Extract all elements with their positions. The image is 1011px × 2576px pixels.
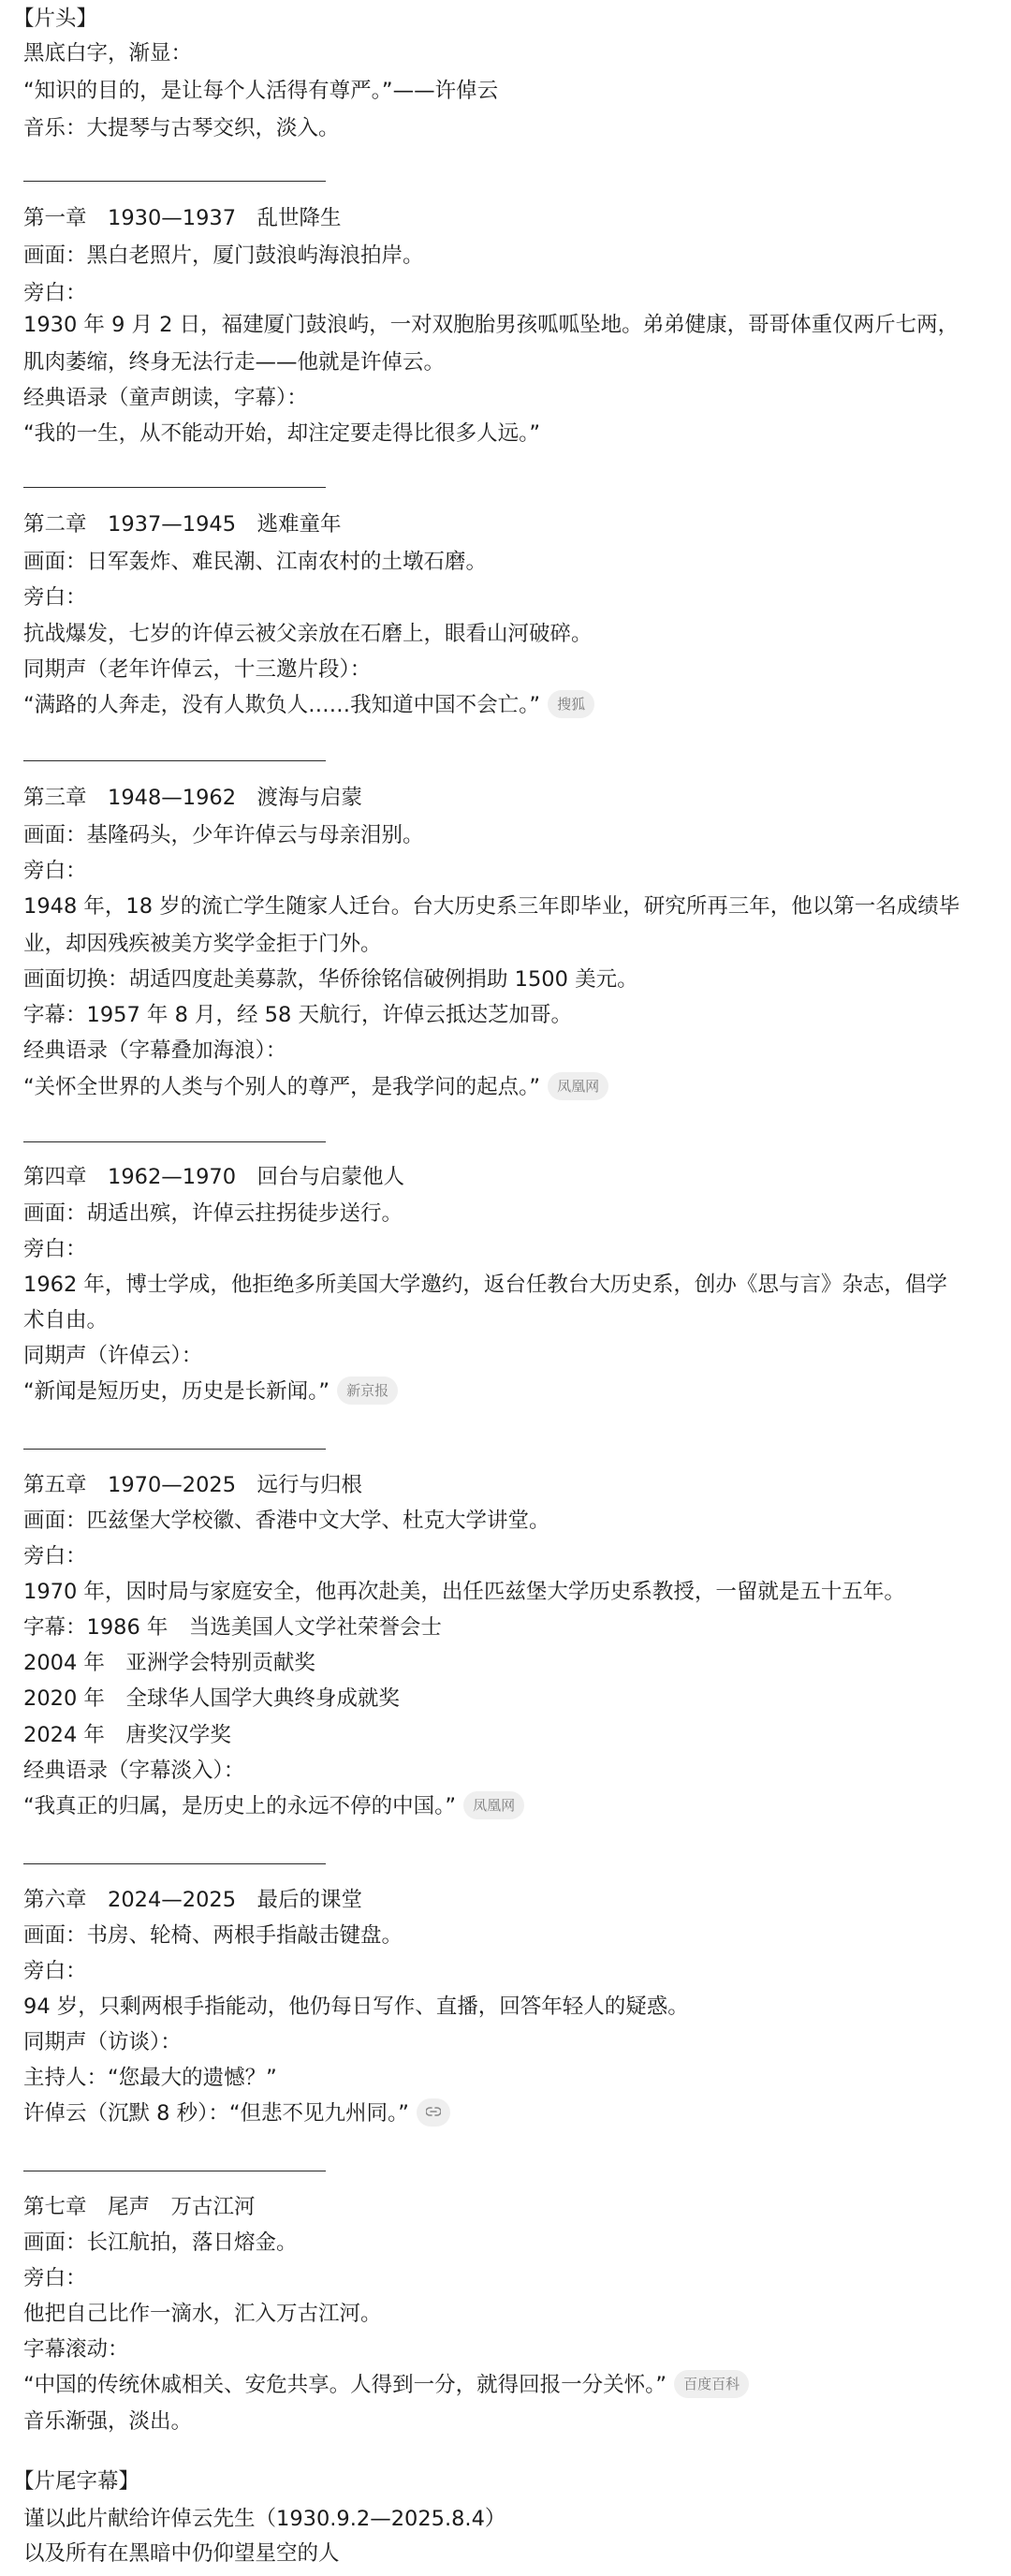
section-divider (23, 760, 326, 761)
chapter-line: 画面：匹兹堡大学校徽、香港中文大学、杜克大学讲堂。 (23, 1502, 998, 1539)
source-badge[interactable]: 凤凰网 (548, 1072, 608, 1100)
link-icon (426, 2107, 441, 2116)
chapter-line: 音乐渐强，淡出。 (23, 2403, 998, 2440)
chapter-heading: 第三章 1948—1962 渡海与启蒙 (23, 779, 998, 817)
quote-text: “关怀全世界的人类与个别人的尊严，是我学问的起点。” (23, 1075, 540, 1099)
chapter-line: 经典语录（童声朗读，字幕）： (23, 379, 998, 417)
opening-line: 音乐：大提琴与古琴交织，淡入。 (23, 110, 998, 147)
opening-line: 黑底白字，渐显： (23, 35, 998, 72)
closing-title: 【片尾字幕】 (13, 2463, 998, 2500)
opening-quote: “知识的目的，是让每个人活得有尊严。”——许倬云 (23, 72, 998, 110)
chapter-heading: 第五章 1970—2025 远行与归根 (23, 1466, 998, 1504)
chapter-line: 抗战爆发，七岁的许倬云被父亲放在石磨上，眼看山河破碎。 (23, 615, 998, 653)
chapter-quote: “我的一生，从不能动开始，却注定要走得比很多人远。” (23, 415, 998, 452)
chapter-line: 他把自己比作一滴水，汇入万古江河。 (23, 2295, 998, 2333)
chapter-line: 术自由。 (23, 1302, 998, 1339)
chapter-heading: 第一章 1930—1937 乱世降生 (23, 199, 998, 237)
chapter-line: 旁白： (23, 1538, 998, 1575)
chapter-line: 1962 年，博士学成，他拒绝多所美国大学邀约，返台任教台大历史系，创办《思与言… (23, 1266, 998, 1303)
chapter-line: 经典语录（字幕淡入）： (23, 1752, 998, 1789)
chapter-line: 旁白： (23, 1230, 998, 1268)
chapter-line: 字幕：1957 年 8 月，经 58 天航行，许倬云抵达芝加哥。 (23, 996, 998, 1034)
chapter-line: 肌肉萎缩，终身无法行走——他就是许倬云。 (23, 344, 998, 381)
chapter-line: 旁白： (23, 1952, 998, 1990)
chapter-heading: 第六章 2024—2025 最后的课堂 (23, 1881, 998, 1919)
closing-line: 以及所有在黑暗中仍仰望星空的人 (23, 2535, 998, 2572)
chapter-heading: 第四章 1962—1970 回台与启蒙他人 (23, 1158, 998, 1196)
chapter-line: 字幕滚动： (23, 2331, 998, 2368)
opening-title: 【片头】 (13, 0, 998, 37)
section-divider (23, 1863, 326, 1864)
source-badge[interactable]: 凤凰网 (463, 1791, 524, 1819)
chapter-line: 业，却因残疾被美方奖学金拒于门外。 (23, 925, 998, 963)
chapter-line: 1948 年，18 岁的流亡学生随家人迁台。台大历史系三年即毕业，研究所再三年，… (23, 888, 998, 925)
chapter-line: 旁白： (23, 852, 998, 890)
chapter-line: 1930 年 9 月 2 日，福建厦门鼓浪屿，一对双胞胎男孩呱呱坠地。弟弟健康，… (23, 306, 998, 344)
source-link-badge[interactable] (417, 2098, 450, 2127)
chapter-line: 同期声（许倬云）： (23, 1337, 998, 1375)
quote-text: “中国的传统休戚相关、安危共享。人得到一分，就得回报一分关怀。” (23, 2373, 667, 2397)
quote-text: “新闻是短历史，历史是长新闻。” (23, 1379, 330, 1404)
section-divider (23, 181, 326, 182)
chapter-line: 画面：书房、轮椅、两根手指敲击键盘。 (23, 1917, 998, 1954)
chapter-quote: “关怀全世界的人类与个别人的尊严，是我学问的起点。”凤凰网 (23, 1068, 998, 1106)
chapter-heading: 第二章 1937—1945 逃难童年 (23, 506, 998, 543)
quote-text: 许倬云（沉默 8 秒）：“但悲不见九州同。” (23, 2101, 409, 2126)
chapter-line: 旁白： (23, 2260, 998, 2297)
chapter-line: 画面：基隆码头，少年许倬云与母亲泪别。 (23, 817, 998, 854)
chapter-line: 2020 年 全球华人国学大典终身成就奖 (23, 1680, 998, 1717)
section-divider (23, 1141, 326, 1142)
chapter-line: 画面：胡适出殡，许倬云拄拐徒步送行。 (23, 1195, 998, 1232)
chapter-line: 1970 年，因时局与家庭安全，他再次赴美，出任匹兹堡大学历史系教授，一留就是五… (23, 1573, 998, 1611)
chapter-line: 2024 年 唐奖汉学奖 (23, 1716, 998, 1754)
chapter-line: 画面：黑白老照片，厦门鼓浪屿海浪拍岸。 (23, 237, 998, 274)
chapter-line: 旁白： (23, 579, 998, 616)
chapter-line: 画面切换：胡适四度赴美募款，华侨徐铭信破例捐助 1500 美元。 (23, 961, 998, 998)
chapter-line: 主持人：“您最大的遗憾？” (23, 2059, 998, 2097)
chapter-line: 字幕：1986 年 当选美国人文学社荣誉会士 (23, 1609, 998, 1646)
section-divider (23, 2171, 326, 2171)
chapter-heading: 第七章 尾声 万古江河 (23, 2188, 998, 2226)
source-badge[interactable]: 百度百科 (674, 2370, 749, 2398)
chapter-quote: “中国的传统休戚相关、安危共享。人得到一分，就得回报一分关怀。”百度百科 (23, 2366, 998, 2404)
chapter-line: 经典语录（字幕叠加海浪）： (23, 1032, 998, 1069)
source-badge[interactable]: 新京报 (337, 1376, 398, 1405)
chapter-line: 同期声（访谈）： (23, 2024, 998, 2061)
section-divider (23, 1449, 326, 1450)
quote-text: “满路的人奔走，没有人欺负人……我知道中国不会亡。” (23, 693, 540, 717)
chapter-quote: “满路的人奔走，没有人欺负人……我知道中国不会亡。”搜狐 (23, 686, 998, 724)
chapter-quote: “我真正的归属，是历史上的永远不停的中国。”凤凰网 (23, 1788, 998, 1825)
quote-text: “我真正的归属，是历史上的永远不停的中国。” (23, 1794, 456, 1818)
chapter-line: 同期声（老年许倬云，十三邀片段）： (23, 651, 998, 688)
chapter-line: 画面：日军轰炸、难民潮、江南农村的土墩石磨。 (23, 543, 998, 581)
chapter-quote: 许倬云（沉默 8 秒）：“但悲不见九州同。” (23, 2095, 998, 2132)
chapter-quote: “新闻是短历史，历史是长新闻。”新京报 (23, 1373, 998, 1410)
section-divider (23, 487, 326, 488)
chapter-line: 2004 年 亚洲学会特别贡献奖 (23, 1644, 998, 1682)
source-badge[interactable]: 搜狐 (548, 690, 594, 718)
closing-line: 谨以此片献给许倬云先生（1930.9.2—2025.8.4） (23, 2500, 998, 2538)
chapter-line: 94 岁，只剩两根手指能动，他仍每日写作、直播，回答年轻人的疑惑。 (23, 1988, 998, 2025)
chapter-line: 画面：长江航拍，落日熔金。 (23, 2224, 998, 2261)
